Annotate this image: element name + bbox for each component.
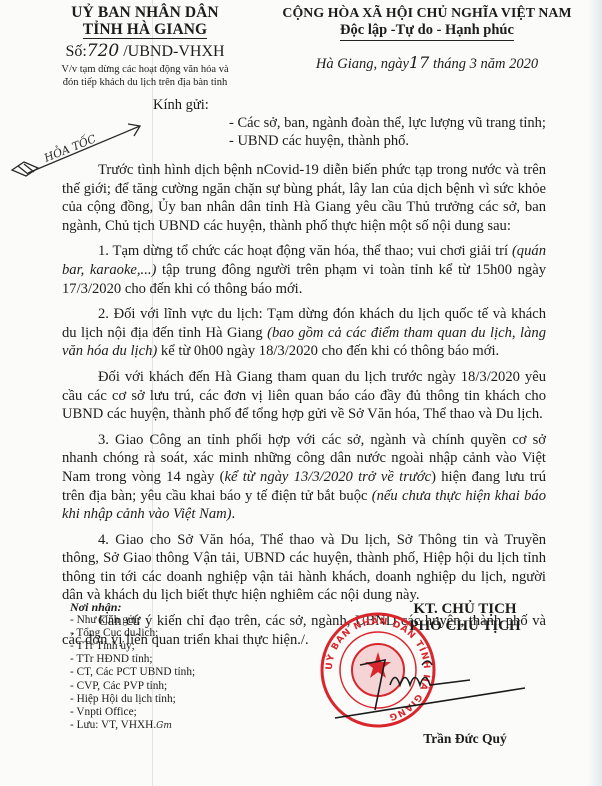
issuer-org-line2: TỈNH HÀ GIANG	[40, 21, 250, 38]
handwritten-doc-number: 720	[87, 41, 119, 61]
item-2-paragraph: 2. Đối với lĩnh vực du lịch: Tạm dừng đó…	[62, 305, 546, 361]
distribution-list: Nơi nhận: - Như kính gửi; - Tổng Cục du …	[70, 601, 195, 733]
distribution-item: - TTr HĐND tỉnh;	[70, 653, 195, 666]
recipient-item: - UBND các huyện, thành phố.	[229, 132, 546, 150]
distribution-item: - Lưu: VT, VHXH.Gm	[70, 719, 195, 733]
distribution-title: Nơi nhận:	[70, 601, 195, 614]
distribution-item: - CT, Các PCT UBND tỉnh;	[70, 666, 195, 679]
item-2-extra-paragraph: Đối với khách đến Hà Giang tham quan du …	[62, 368, 546, 424]
paper-edge-shadow	[588, 0, 602, 786]
recipients-label: Kính gửi:	[153, 96, 546, 114]
handwritten-initials: Gm	[156, 721, 172, 731]
signer-title: PHÓ CHỦ TỊCH	[360, 618, 570, 635]
national-motto: Độc lập -Tự do - Hạnh phúc	[340, 22, 514, 41]
document-number: Số:720 /UBND-VHXH	[40, 41, 250, 62]
distribution-item: - Hiệp Hội du lịch tỉnh;	[70, 693, 195, 706]
distribution-item: - Vnpti Office;	[70, 706, 195, 719]
signature-block: KT. CHỦ TỊCH PHÓ CHỦ TỊCH Trần Đức Quý	[360, 601, 570, 635]
official-letter: UỶ BAN NHÂN DÂN TỈNH HÀ GIANG Số:720 /UB…	[0, 0, 602, 786]
issuer-org-line1: UỶ BAN NHÂN DÂN	[40, 4, 250, 21]
distribution-item: - Tổng Cục du lịch;	[70, 627, 195, 640]
distribution-item: - Như kính gửi;	[70, 614, 195, 627]
item-3-paragraph: 3. Giao Công an tỉnh phối hợp với các sở…	[62, 431, 546, 524]
intro-paragraph: Trước tình hình dịch bệnh nCovid-19 diễn…	[62, 161, 546, 235]
handwritten-day: 17	[409, 53, 429, 72]
item-4-paragraph: 4. Giao cho Sở Văn hóa, Thể thao và Du l…	[62, 531, 546, 605]
recipients-block: Kính gửi: - Các sở, ban, ngành đoàn thể,…	[153, 96, 546, 150]
document-subject: V/v tạm dừng các hoạt động văn hóa và đó…	[40, 63, 250, 89]
signer-authority: KT. CHỦ TỊCH	[360, 601, 570, 618]
distribution-item: - CVP, Các PVP tỉnh;	[70, 680, 195, 693]
item-1-paragraph: 1. Tạm dừng tổ chức các hoạt động văn hó…	[62, 242, 546, 298]
nation-name: CỘNG HÒA XÃ HỘI CHỦ NGHĨA VIỆT NAM	[262, 4, 592, 21]
distribution-item: - TTr Tỉnh ủy;	[70, 640, 195, 653]
document-date: Hà Giang, ngày17 tháng 3 năm 2020	[262, 53, 592, 73]
handwritten-signature-icon	[330, 640, 530, 720]
signer-name: Trần Đức Quý	[360, 731, 570, 747]
recipient-item: - Các sở, ban, ngành đoàn thể, lực lượng…	[229, 114, 546, 132]
letter-body: Trước tình hình dịch bệnh nCovid-19 diễn…	[62, 161, 546, 656]
national-header: CỘNG HÒA XÃ HỘI CHỦ NGHĨA VIỆT NAM Độc l…	[262, 4, 592, 73]
issuer-header: UỶ BAN NHÂN DÂN TỈNH HÀ GIANG Số:720 /UB…	[40, 4, 250, 89]
